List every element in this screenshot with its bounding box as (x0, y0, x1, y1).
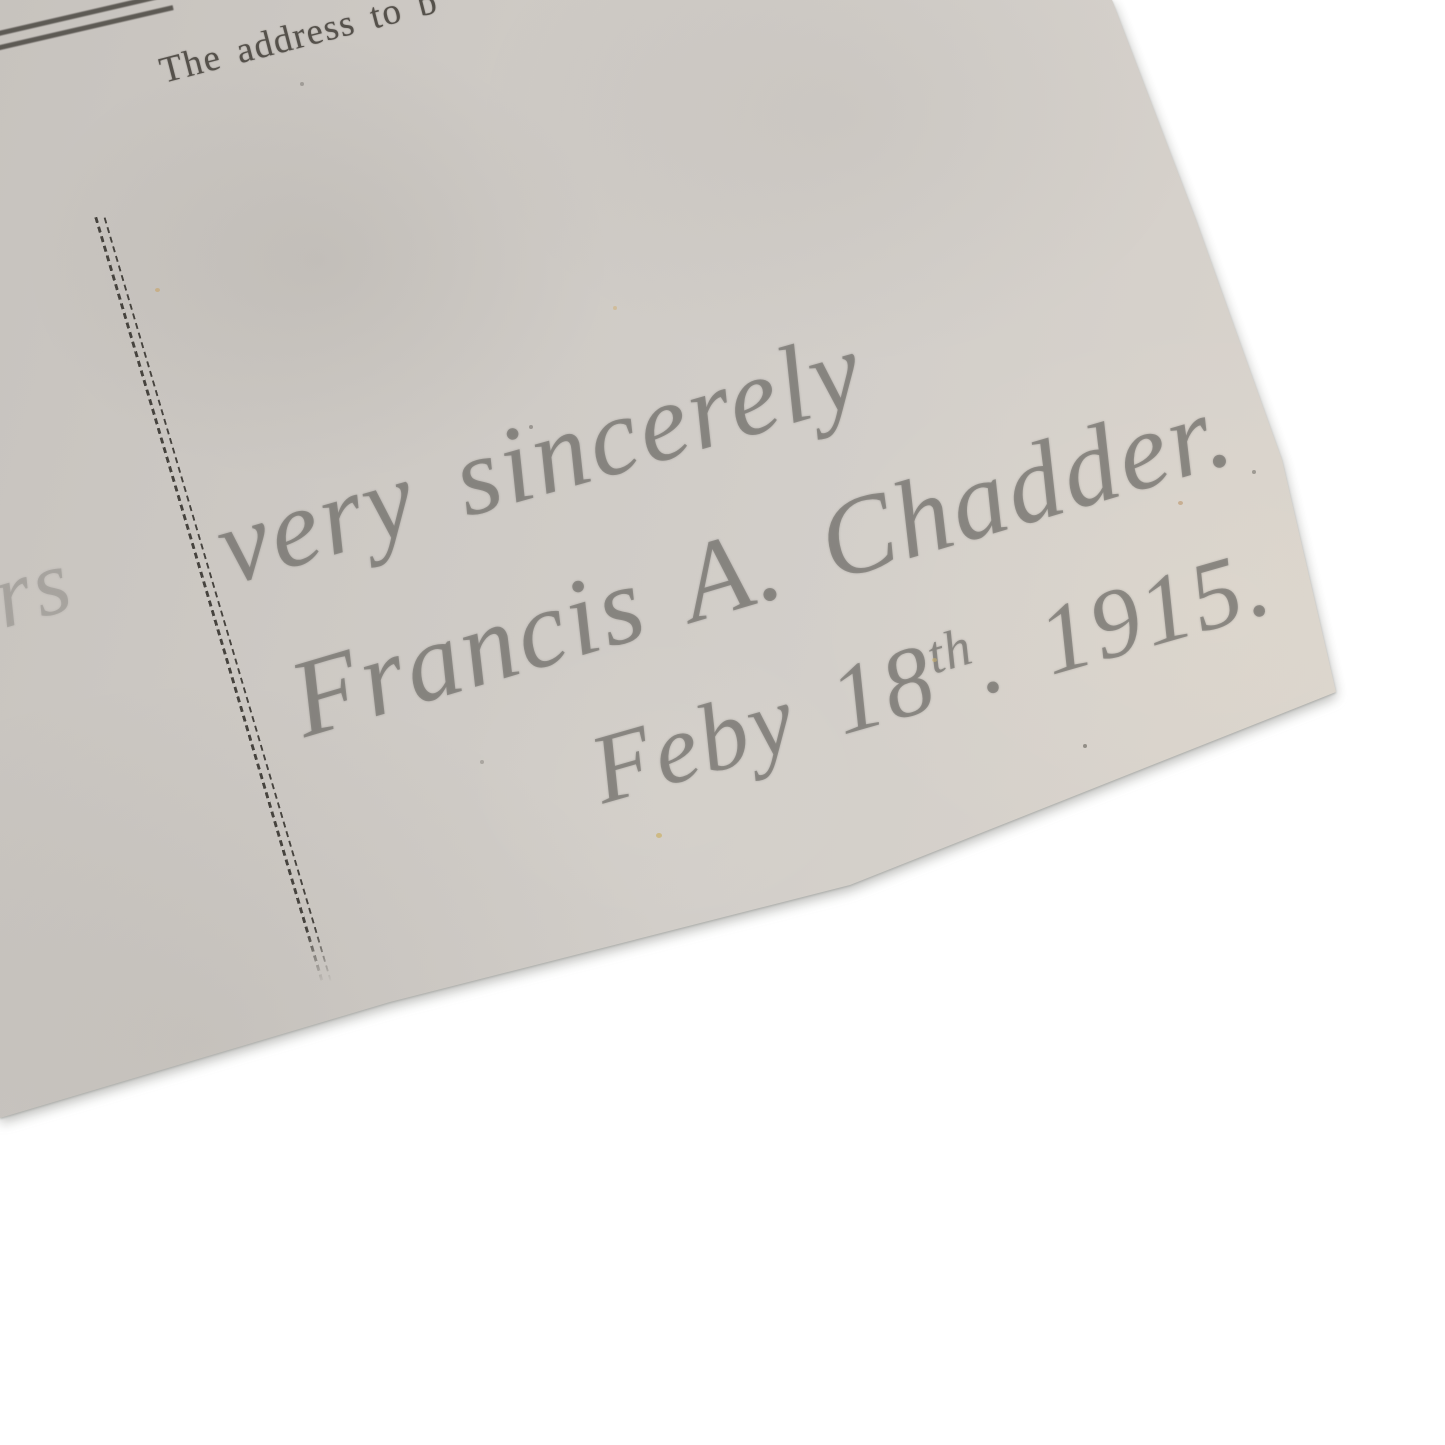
photo-stage: The address to b urs very sincerely Fran… (0, 0, 1445, 1445)
age-speck (1178, 501, 1183, 505)
age-speck (615, 981, 620, 986)
age-speck (1252, 470, 1256, 474)
age-speck (480, 760, 484, 764)
age-speck (300, 82, 304, 86)
postcard-shadow-wrap: The address to b urs very sincerely Fran… (0, 0, 1445, 1445)
age-speck (656, 833, 662, 838)
postcard-back: The address to b urs very sincerely Fran… (0, 0, 1445, 1445)
age-speck (932, 658, 937, 662)
age-speck (155, 288, 160, 292)
age-speck (529, 425, 533, 429)
age-speck (1083, 744, 1087, 748)
age-speck (613, 306, 617, 310)
